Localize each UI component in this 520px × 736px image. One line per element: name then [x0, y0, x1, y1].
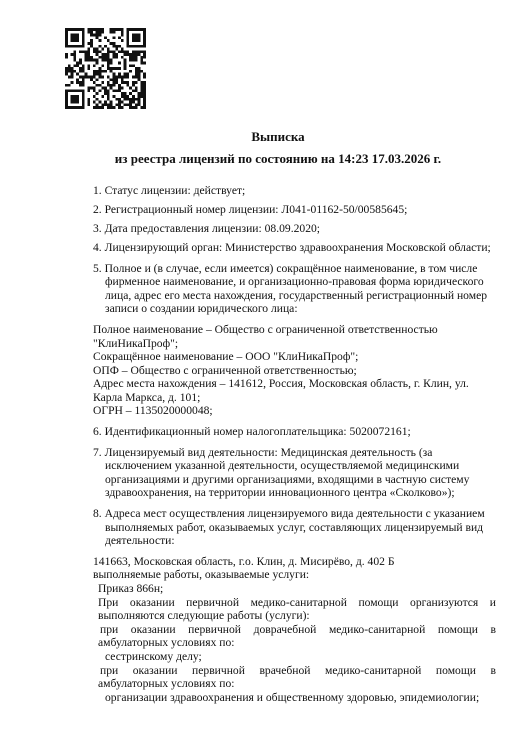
- location-address: 141663, Московская область, г.о. Клин, д…: [93, 555, 496, 569]
- document-subtitle: из реестра лицензий по состоянию на 14:2…: [60, 151, 496, 167]
- doctor-service: организации здравоохранения и общественн…: [93, 691, 496, 705]
- org-full-name: Полное наименование – Общество с огранич…: [93, 323, 496, 350]
- activity-locations-heading: 8. Адреса мест осуществления лицензируем…: [93, 507, 496, 548]
- license-extract-page: Выписка из реестра лицензий по состоянию…: [0, 0, 520, 736]
- pre-doctor-service: сестринскому делу;: [93, 650, 496, 664]
- license-registration-number: 2. Регистрационный номер лицензии: Л041-…: [93, 203, 496, 217]
- qr-code-icon: [65, 28, 146, 109]
- order-reference: Приказ 866н;: [93, 582, 496, 596]
- licensed-activity: 7. Лицензируемый вид деятельности: Медиц…: [93, 446, 496, 500]
- org-legal-form: ОПФ – Общество с ограниченной ответствен…: [93, 364, 496, 378]
- license-status: 1. Статус лицензии: действует;: [93, 184, 496, 198]
- org-short-name: Сокращённое наименование – ООО "КлиНикаП…: [93, 350, 496, 364]
- license-issue-date: 3. Дата предоставления лицензии: 08.09.2…: [93, 222, 496, 236]
- licensing-authority: 4. Лицензирующий орган: Министерство здр…: [93, 241, 496, 255]
- pre-doctor-care: при оказании первичной доврачебной медик…: [93, 623, 496, 650]
- org-address: Адрес места нахождения – 141612, Россия,…: [93, 377, 496, 404]
- document-body: 1. Статус лицензии: действует; 2. Регист…: [93, 184, 496, 711]
- legal-entity-heading: 5. Полное и (в случае, если имеется) сок…: [93, 262, 496, 316]
- document-title: Выписка: [60, 129, 496, 145]
- activity-location: 141663, Московская область, г.о. Клин, д…: [93, 555, 496, 705]
- taxpayer-id: 6. Идентификационный номер налогоплатель…: [93, 425, 496, 439]
- org-ogrn: ОГРН – 1135020000048;: [93, 404, 496, 418]
- primary-care-intro: При оказании первичной медико-санитарной…: [93, 596, 496, 623]
- services-label: выполняемые работы, оказываемые услуги:: [93, 568, 496, 582]
- organization-details: Полное наименование – Общество с огранич…: [93, 323, 496, 418]
- doctor-care: при оказании первичной врачебной медико-…: [93, 664, 496, 691]
